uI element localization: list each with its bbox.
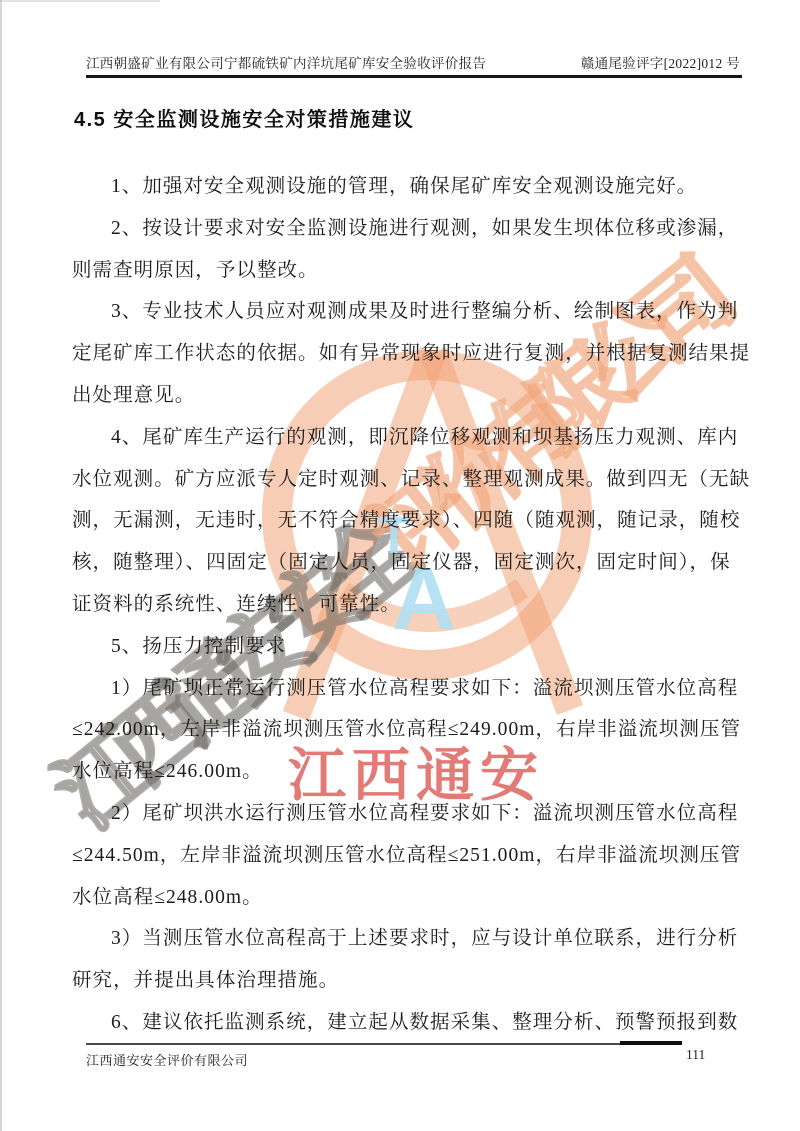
body-line: 水位高程≤246.00m。: [72, 751, 744, 793]
body-line: 3、专业技术人员应对观测成果及时进行整编分析、绘制图表，作为判: [72, 291, 744, 333]
body-line: 测，无漏测，无违时，无不符合精度要求）、四随（随观测，随记录，随校: [72, 500, 744, 542]
body-line: 研究，并提出具体治理措施。: [72, 960, 744, 1002]
body-line: 证资料的系统性、连续性、可靠性。: [72, 584, 744, 626]
body-line: 6、建议依托监测系统，建立起从数据采集、整理分析、预警预报到数: [72, 1002, 744, 1044]
body-line: 核，随整理）、四固定（固定人员，固定仪器，固定测次，固定时间），保: [72, 542, 744, 584]
body-line: 5、扬压力控制要求: [72, 626, 744, 668]
body-line: 1、加强对安全观测设施的管理，确保尾矿库安全观测设施完好。: [72, 166, 744, 208]
body-line: 出处理意见。: [72, 375, 744, 417]
body-line: 2）尾矿坝洪水运行测压管水位高程要求如下：溢流坝测压管水位高程: [72, 793, 744, 835]
body-line: 水位高程≤248.00m。: [72, 877, 744, 919]
document-page: 江西通安安全评价有限公司 T A 江西通安 江西朝盛矿业有限公司宁都硫铁矿内洋坑…: [0, 0, 800, 1131]
body-text: 1、加强对安全观测设施的管理，确保尾矿库安全观测设施完好。2、按设计要求对安全监…: [72, 166, 744, 1044]
body-line: ≤244.50m，左岸非溢流坝测压管水位高程≤251.00m，右岸非溢流坝测压管: [72, 835, 744, 877]
body-line: ≤242.00m，左岸非溢流坝测压管水位高程≤249.00m，右岸非溢流坝测压管: [72, 709, 744, 751]
body-line: 则需查明原因，予以整改。: [72, 250, 744, 292]
body-line: 4、尾矿库生产运行的观测，即沉降位移观测和坝基扬压力观测、库内: [72, 417, 744, 459]
body-line: 2、按设计要求对安全监测设施进行观测，如果发生坝体位移或渗漏，: [72, 208, 744, 250]
body-line: 水位观测。矿方应派专人定时观测、记录、整理观测成果。做到四无（无缺: [72, 459, 744, 501]
body-line: 3）当测压管水位高程高于上述要求时，应与设计单位联系，进行分析: [72, 918, 744, 960]
body-line: 定尾矿库工作状态的依据。如有异常现象时应进行复测，并根据复测结果提: [72, 333, 744, 375]
body-line: 1）尾矿坝正常运行测压管水位高程要求如下：溢流坝测压管水位高程: [72, 668, 744, 710]
